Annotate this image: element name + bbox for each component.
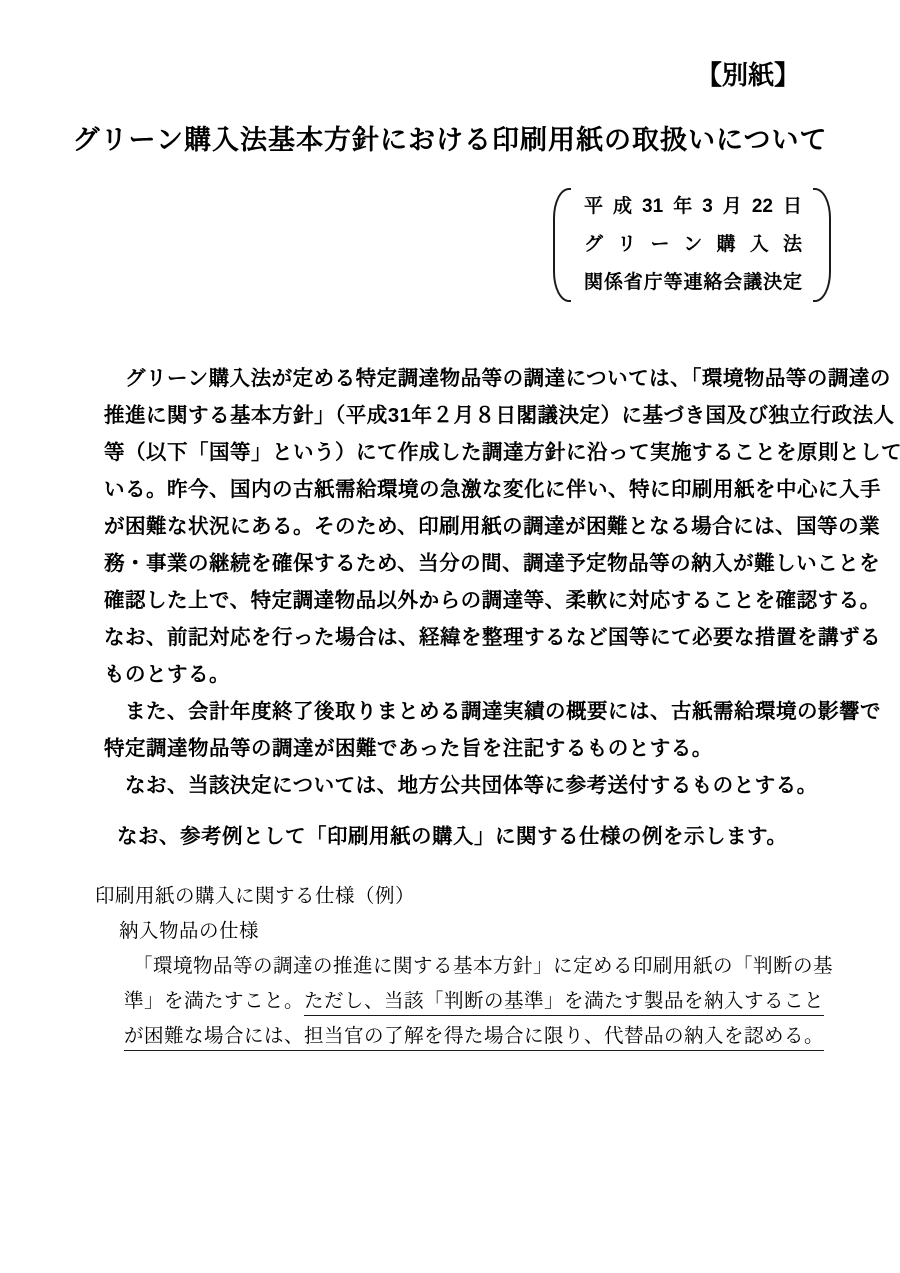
spec-text-normal: 準」を満たすこと。 <box>124 991 304 1012</box>
body-line: 等（以下「国等」という）にて作成した調達方針に沿って実施することを原則として <box>104 434 832 471</box>
decision-date: 平成31年3月22日 <box>584 188 802 226</box>
body-line: グリーン購入法が定める特定調達物品等の調達については、「環境物品等の調達の <box>104 360 832 397</box>
right-parenthesis-bracket <box>813 188 831 302</box>
decision-box-lines: 平成31年3月22日 グリーン購入法 関係省庁等連絡会議決定 <box>584 188 802 302</box>
body-line: いる。昨今、国内の古紙需給環境の急激な変化に伴い、特に印刷用紙を中心に入手 <box>104 471 832 508</box>
decision-organization: グリーン購入法 <box>584 226 802 264</box>
body-line: 推進に関する基本方針」（平成31年２月８日閣議決定）に基づき国及び独立行政法人 <box>104 397 832 434</box>
spec-heading: 印刷用紙の購入に関する仕様（例） <box>95 879 900 914</box>
spec-subheading: 納入物品の仕様 <box>119 914 900 949</box>
body-line: が困難な状況にある。そのため、印刷用紙の調達が困難となる場合には、国等の業 <box>104 508 832 545</box>
spec-body-line: が困難な場合には、担当官の了解を得た場合に限り、代替品の納入を認める。 <box>124 1019 900 1054</box>
body-line: また、会計年度終了後取りまとめる調達実績の概要には、古紙需給環境の影響で <box>104 693 832 730</box>
document-title: グリーン購入法基本方針における印刷用紙の取扱いについて <box>0 120 900 160</box>
body-line: なお、前記対応を行った場合は、経緯を整理するなど国等にて必要な措置を講ずる <box>104 619 832 656</box>
body-line: 確認した上で、特定調達物品以外からの調達等、柔軟に対応することを確認する。 <box>104 582 832 619</box>
spec-text-underlined: が困難な場合には、担当官の了解を得た場合に限り、代替品の納入を認める。 <box>124 1026 824 1051</box>
decision-box: 平成31年3月22日 グリーン購入法 関係省庁等連絡会議決定 <box>553 188 831 302</box>
spec-body-line: 「環境物品等の調達の推進に関する基本方針」に定める印刷用紙の「判断の基 <box>133 949 900 984</box>
decision-decided-by: 関係省庁等連絡会議決定 <box>584 264 802 302</box>
document-page: 【別紙】 グリーン購入法基本方針における印刷用紙の取扱いについて 平成31年3月… <box>0 0 900 1273</box>
attachment-label: 【別紙】 <box>696 58 800 92</box>
reference-note: なお、参考例として「印刷用紙の購入」に関する仕様の例を示します。 <box>117 822 787 852</box>
body-line: なお、当該決定については、地方公共団体等に参考送付するものとする。 <box>104 767 832 804</box>
left-parenthesis-bracket <box>553 188 571 302</box>
body-line: ものとする。 <box>104 656 832 693</box>
specification-example: 印刷用紙の購入に関する仕様（例） 納入物品の仕様 「環境物品等の調達の推進に関す… <box>0 879 900 1054</box>
main-paragraph: グリーン購入法が定める特定調達物品等の調達については、「環境物品等の調達の 推進… <box>104 360 832 804</box>
spec-text-underlined: ただし、当該「判断の基準」を満たす製品を納入すること <box>304 991 824 1016</box>
body-line: 務・事業の継続を確保するため、当分の間、調達予定物品等の納入が難しいことを <box>104 545 832 582</box>
spec-body-line: 準」を満たすこと。ただし、当該「判断の基準」を満たす製品を納入すること <box>124 984 900 1019</box>
body-line: 特定調達物品等の調達が困難であった旨を注記するものとする。 <box>104 730 832 767</box>
